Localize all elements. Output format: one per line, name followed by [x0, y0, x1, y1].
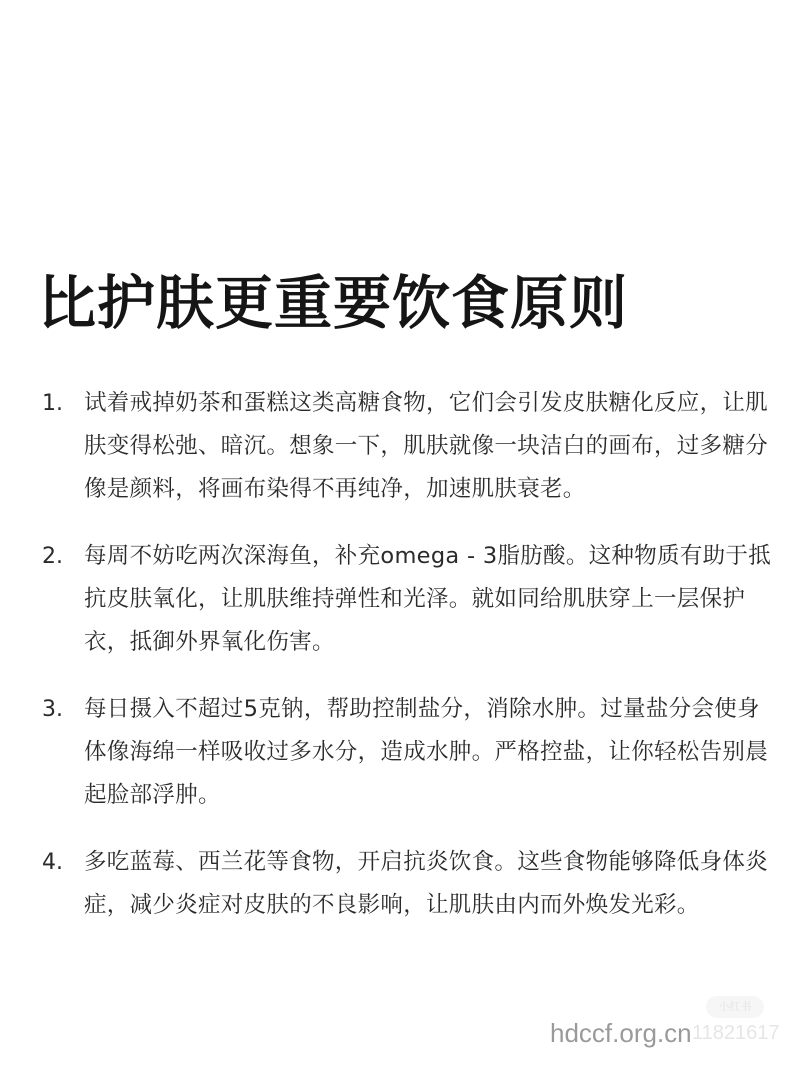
- item-number: 4.: [42, 841, 63, 884]
- diet-principles-list: 1. 试着戒掉奶茶和蛋糕这类高糖食物，它们会引发皮肤糖化反应，让肌肤变得松弛、暗…: [42, 382, 772, 951]
- list-item: 1. 试着戒掉奶茶和蛋糕这类高糖食物，它们会引发皮肤糖化反应，让肌肤变得松弛、暗…: [42, 382, 772, 511]
- list-item: 3. 每日摄入不超过5克钠，帮助控制盐分，消除水肿。过量盐分会使身体像海绵一样吸…: [42, 688, 772, 817]
- list-item: 2. 每周不妨吃两次深海鱼，补充omega - 3脂肪酸。这种物质有助于抵抗皮肤…: [42, 535, 772, 664]
- watermark-id: 11821617: [692, 1022, 780, 1045]
- list-item: 4. 多吃蓝莓、西兰花等食物，开启抗炎饮食。这些食物能够降低身体炎症，减少炎症对…: [42, 841, 772, 927]
- item-number: 1.: [42, 382, 63, 425]
- item-text: 每日摄入不超过5克钠，帮助控制盐分，消除水肿。过量盐分会使身体像海绵一样吸收过多…: [84, 688, 772, 817]
- item-number: 2.: [42, 535, 63, 578]
- post-title: 比护肤更重要饮食原则: [38, 268, 628, 338]
- item-text: 试着戒掉奶茶和蛋糕这类高糖食物，它们会引发皮肤糖化反应，让肌肤变得松弛、暗沉。想…: [84, 382, 772, 511]
- item-text: 多吃蓝莓、西兰花等食物，开启抗炎饮食。这些食物能够降低身体炎症，减少炎症对皮肤的…: [84, 841, 772, 927]
- item-text: 每周不妨吃两次深海鱼，补充omega - 3脂肪酸。这种物质有助于抵抗皮肤氧化，…: [84, 535, 772, 664]
- watermark-logo: 小红书: [706, 996, 764, 1018]
- watermark-site: hdccf.org.cn: [550, 1018, 692, 1049]
- item-number: 3.: [42, 688, 63, 731]
